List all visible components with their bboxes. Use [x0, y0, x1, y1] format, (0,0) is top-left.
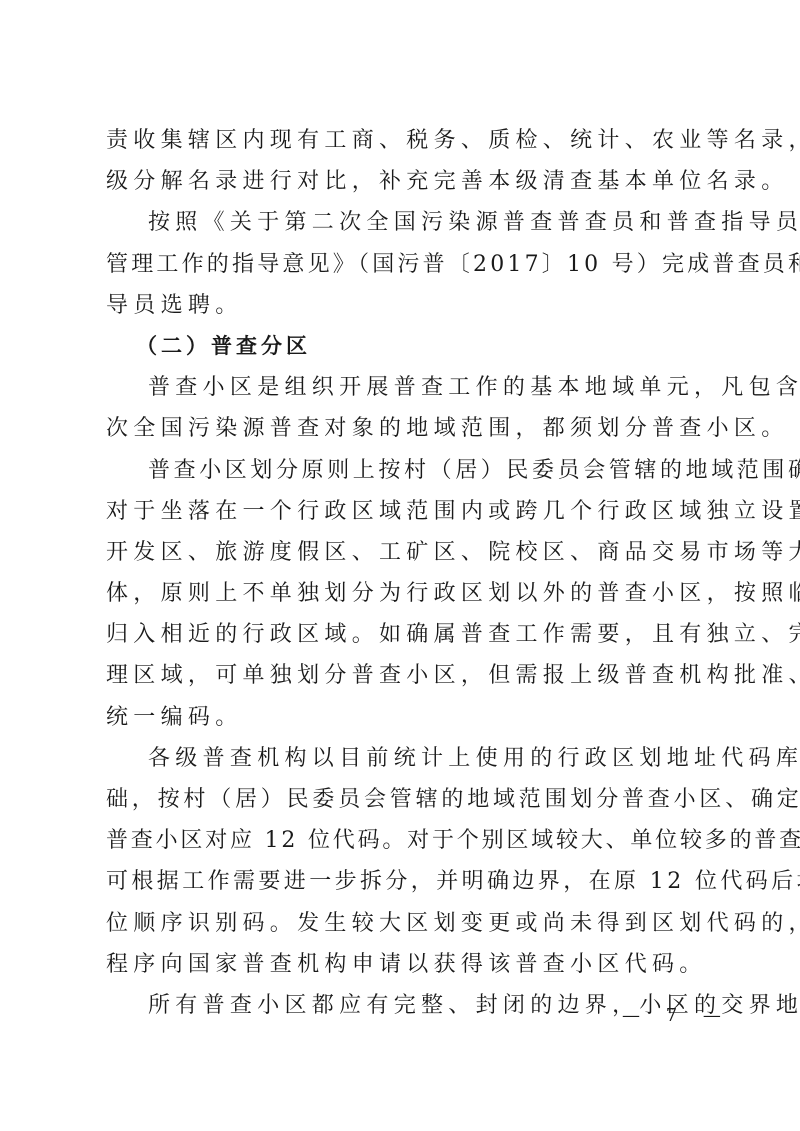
- paragraph-line: 体，原则上不单独划分为行政区划以外的普查小区，按照临近原则: [106, 573, 698, 614]
- paragraph-line: 位顺序识别码。发生较大区划变更或尚未得到区划代码的，需要按: [106, 903, 698, 944]
- paragraph-line: 级分解名录进行对比，补充完善本级清查基本单位名录。: [106, 161, 698, 202]
- page-number: — 7 —: [622, 1005, 731, 1026]
- paragraph-line: 普查小区划分原则上按村（居）民委员会管辖的地域范围确定。: [106, 450, 698, 491]
- document-page: 责收集辖区内现有工商、税务、质检、统计、农业等名录，并与上 级分解名录进行对比，…: [106, 120, 698, 1026]
- paragraph-line: 程序向国家普查机构申请以获得该普查小区代码。: [106, 944, 698, 985]
- paragraph-line: 开发区、旅游度假区、工矿区、院校区、商品交易市场等大型经济: [106, 532, 698, 573]
- paragraph-line: 归入相近的行政区域。如确属普查工作需要，且有独立、完整的地: [106, 614, 698, 655]
- paragraph-line: 责收集辖区内现有工商、税务、质检、统计、农业等名录，并与上: [106, 120, 698, 161]
- section-heading: （二）普查分区: [106, 326, 698, 367]
- paragraph-line: 管理工作的指导意见》（国污普〔2017〕10 号）完成普查员和普查指: [106, 244, 698, 285]
- paragraph-line: 导员选聘。: [106, 285, 698, 326]
- paragraph-line: 对于坐落在一个行政区域范围内或跨几个行政区域独立设置的各类: [106, 491, 698, 532]
- paragraph-line: 所有普查小区都应有完整、封闭的边界，小区的交界地要具体: [106, 985, 698, 1026]
- paragraph-line: 理区域，可单独划分普查小区，但需报上级普查机构批准、备案，: [106, 655, 698, 696]
- paragraph-line: 统一编码。: [106, 697, 698, 738]
- paragraph-line: 次全国污染源普查对象的地域范围，都须划分普查小区。: [106, 408, 698, 449]
- paragraph-line: 各级普查机构以目前统计上使用的行政区划地址代码库为基: [106, 738, 698, 779]
- paragraph-line: 普查小区是组织开展普查工作的基本地域单元，凡包含有第二: [106, 367, 698, 408]
- paragraph-line: 础，按村（居）民委员会管辖的地域范围划分普查小区、确定代码，: [106, 779, 698, 820]
- paragraph-line: 可根据工作需要进一步拆分，并明确边界，在原 12 位代码后增加 1: [106, 861, 698, 902]
- paragraph-line: 按照《关于第二次全国污染源普查普查员和普查指导员选聘及: [106, 202, 698, 243]
- paragraph-line: 普查小区对应 12 位代码。对于个别区域较大、单位较多的普查小区，: [106, 820, 698, 861]
